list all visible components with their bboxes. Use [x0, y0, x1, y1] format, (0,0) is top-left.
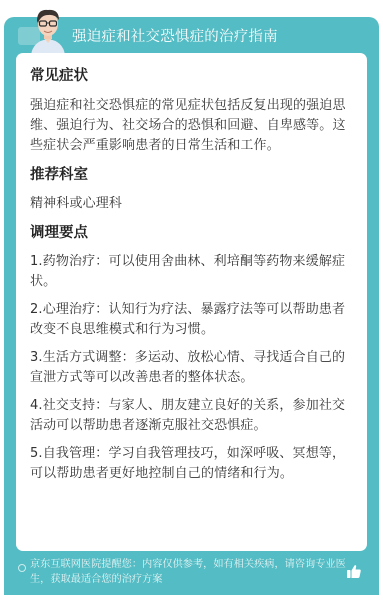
- content-panel: 常见症状 强迫症和社交恐惧症的常见症状包括反复出现的强迫思维、强迫行为、社交场合…: [16, 53, 367, 551]
- care-item: 2.心理治疗：认知行为疗法、暴露疗法等可以帮助患者改变不良思维模式和行为习惯。: [30, 300, 353, 340]
- care-heading: 调理要点: [30, 223, 353, 243]
- care-item: 5.自我管理：学习自我管理技巧，如深呼吸、冥想等，可以帮助患者更好地控制自己的情…: [30, 444, 353, 484]
- care-item: 1.药物治疗：可以使用舍曲林、利培酮等药物来缓解症状。: [30, 252, 353, 292]
- guide-card: 强迫症和社交恐惧症的治疗指南 常见症状 强迫症和社交恐惧症的常见症状包括反复出现…: [4, 17, 379, 595]
- department-text: 精神科或心理科: [30, 194, 353, 214]
- symptoms-text: 强迫症和社交恐惧症的常见症状包括反复出现的强迫思维、强迫行为、社交场合的恐惧和回…: [30, 96, 353, 156]
- page-title: 强迫症和社交恐惧症的治疗指南: [72, 25, 278, 46]
- disclaimer-text: 京东互联网医院提醒您：内容仅供参考，如有相关疾病，请咨询专业医生，获取最适合您的…: [30, 557, 348, 587]
- info-icon: [18, 564, 26, 572]
- department-heading: 推荐科室: [30, 165, 353, 185]
- symptoms-heading: 常见症状: [30, 66, 353, 86]
- card-header: 强迫症和社交恐惧症的治疗指南: [4, 17, 379, 53]
- doctor-avatar-icon: [25, 5, 71, 55]
- care-item: 3.生活方式调整：多运动、放松心情、寻找适合自己的宣泄方式等可以改善患者的整体状…: [30, 348, 353, 388]
- care-item: 4.社交支持：与家人、朋友建立良好的关系，参加社交活动可以帮助患者逐渐克服社交恐…: [30, 396, 353, 436]
- thumbs-up-icon[interactable]: [346, 563, 362, 579]
- disclaimer-footer: 京东互联网医院提醒您：内容仅供参考，如有相关疾病，请咨询专业医生，获取最适合您的…: [4, 551, 379, 595]
